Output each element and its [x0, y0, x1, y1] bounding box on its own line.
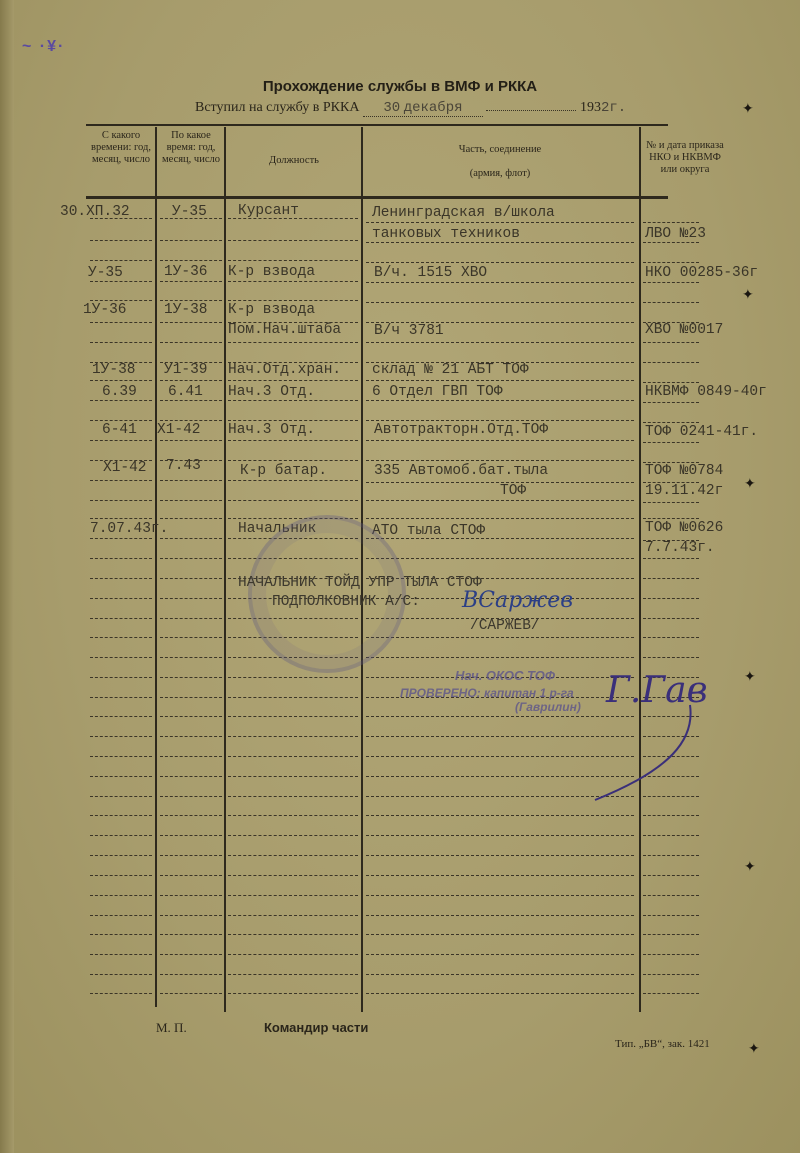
enlistment-label: Вступил на службу в РККА [195, 100, 359, 115]
binding-hole-mark: ✦ [742, 100, 752, 110]
cell-position: Курсант [238, 203, 299, 219]
verification-stamp-line-2: ПРОВЕРЕНО: капитан 1 р-га [400, 686, 574, 700]
cell-to: 7.43 [166, 458, 201, 474]
column-divider [224, 127, 226, 1012]
cell-order: ХВО №0017 [645, 322, 723, 338]
page-edge [0, 0, 14, 1153]
cell-to: У1-39 [164, 362, 208, 378]
cell-position: К-р взвода [228, 264, 315, 280]
cell-unit: склад № 21 АБТ ТОФ [372, 362, 529, 378]
cell-from: 1У-36 [83, 302, 127, 318]
cell-position: Нач.3 Отд. [228, 384, 315, 400]
cell-order: ЛВО №23 [645, 226, 706, 242]
print-info: Тип. „БВ“, зак. 1421 [615, 1038, 710, 1050]
cell-unit: ТОФ [500, 483, 526, 499]
enlistment-year-suffix: 2г. [601, 100, 626, 116]
column-divider [155, 127, 157, 1007]
column-divider [639, 127, 641, 1012]
cell-from: 7.07.43г. [90, 521, 168, 537]
header-bottom-border [86, 196, 668, 199]
enlistment-year-prefix: 193 [580, 100, 601, 115]
page-title: Прохождение службы в ВМФ и РККА [0, 78, 800, 95]
cell-from: У-35 [88, 265, 123, 281]
cell-to: 6.41 [168, 384, 203, 400]
cell-from: 30.ХП.32 [60, 204, 130, 220]
binding-hole-mark: ✦ [742, 286, 752, 296]
cell-order: ТОФ 0241-41г. [645, 424, 758, 440]
cell-unit: В/ч. 1515 ХВО [374, 265, 487, 281]
header-position: Должность [228, 155, 360, 167]
commander-label: Командир части [264, 1020, 368, 1035]
cell-position: Нач.Отд.хран. [228, 362, 341, 378]
cell-unit: 335 Автомоб.бат.тыла [374, 463, 548, 479]
cell-unit: 6 Отдел ГВП ТОФ [372, 384, 503, 400]
signature-flourish [590, 700, 700, 810]
cell-position: К-р батар. [240, 463, 327, 479]
verification-stamp-line-1: Нач. ОКОС ТОФ [455, 668, 555, 683]
cell-to: 1У-36 [164, 264, 208, 280]
cell-order: НКВМФ 0849-40г [645, 384, 767, 400]
cell-unit: Автотракторн.Отд.ТОФ [374, 422, 548, 438]
cell-to: У-35 [172, 204, 207, 220]
cell-order: ТОФ №0784 [645, 463, 723, 479]
cell-order: НКО 00285-36г [645, 265, 758, 281]
certification-line-1: НАЧАЛЬНИК ТОЙД УПР ТЫЛА СТОФ [238, 575, 482, 591]
cell-unit: танковых техников [372, 226, 520, 242]
verification-stamp-line-3: (Гаврилин) [515, 700, 581, 714]
seal-place-label: М. П. [156, 1020, 187, 1036]
certification-name: /САРЖЕВ/ [470, 618, 540, 634]
cell-order: 7.7.43г. [645, 540, 715, 556]
cell-position: Пом.Нач.штаба [228, 322, 341, 338]
enlistment-day: 30 [383, 100, 400, 116]
table-top-border [86, 124, 668, 126]
cell-unit: Ленинградская в/школа [372, 205, 555, 221]
cell-to: Х1-42 [157, 422, 201, 438]
header-unit: Часть, соединение [364, 144, 636, 156]
cell-from: 6-41 [102, 422, 137, 438]
binding-hole-mark: ✦ [748, 1040, 758, 1050]
cell-from: 6.39 [102, 384, 137, 400]
binding-hole-mark: ✦ [744, 475, 754, 485]
commander-signature: ВСаржев [462, 588, 573, 613]
cell-position: Нач.3 Отд. [228, 422, 315, 438]
cell-order: ТОФ №0626 [645, 520, 723, 536]
cell-from: Х1-42 [103, 460, 147, 476]
cell-to: 1У-38 [164, 302, 208, 318]
cell-position: К-р взвода [228, 302, 315, 318]
header-unit-sub: (армия, флот) [364, 168, 636, 180]
ink-blot-mark: ~ ·¥· [22, 38, 65, 56]
header-from-date: С какого времени: год, месяц, число [90, 130, 152, 166]
enlistment-line: Вступил на службу в РККА 30 декабря 1932… [195, 100, 626, 117]
cell-unit: В/ч 3781 [374, 323, 444, 339]
certification-line-2: ПОДПОЛКОВНИК А/С: [272, 594, 420, 610]
cell-from: 1У-38 [92, 362, 136, 378]
enlistment-date: 30 декабря [363, 100, 483, 117]
cell-unit: АТО тыла СТОФ [372, 523, 485, 539]
header-order: № и дата приказа НКО и НКВМФ или округа [645, 140, 725, 176]
binding-hole-mark: ✦ [744, 858, 754, 868]
enlistment-month: декабря [404, 100, 463, 116]
binding-hole-mark: ✦ [744, 668, 754, 678]
cell-order: 19.11.42г [645, 483, 723, 499]
header-to-date: По какое время: год, месяц, число [160, 130, 222, 166]
